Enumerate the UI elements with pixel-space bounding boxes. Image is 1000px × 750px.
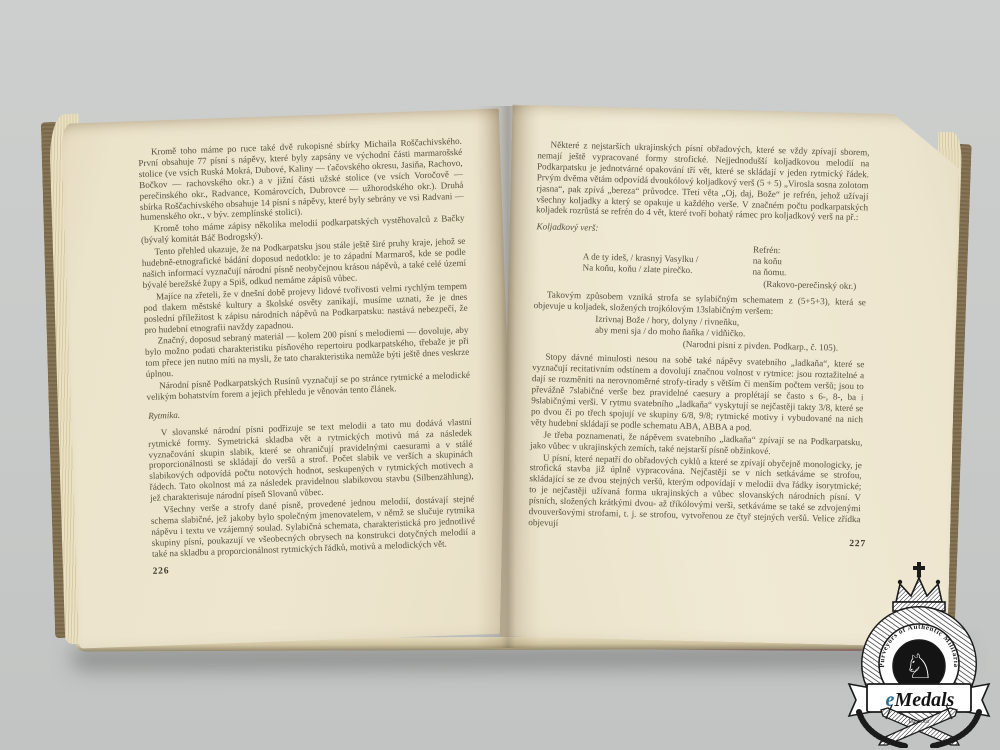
- paragraph: Některé z nejstarších ukrajinských písní…: [536, 139, 870, 223]
- right-page-text: Některé z nejstarších ukrajinských písní…: [528, 139, 870, 550]
- crown-icon: [893, 574, 945, 611]
- open-book: Kromě toho máme po ruce také dvě rukopis…: [48, 88, 963, 668]
- cross-icon: [913, 562, 925, 575]
- paragraph: Stopy dávné minulosti nesou na sobě také…: [531, 352, 865, 436]
- brand-medals: Medals: [893, 689, 954, 711]
- page-number-left: 226: [152, 555, 476, 577]
- brand-wordmark: eMedals: [886, 689, 955, 711]
- established-text: Est. 2001: [909, 719, 930, 725]
- paragraph: Všechny verše a strofy dané písně, prove…: [150, 494, 476, 560]
- paragraph: U písní, které nepatří do obřadových cyk…: [528, 452, 862, 536]
- photo-background: Kromě toho máme po ruce také dvě rukopis…: [0, 0, 1000, 750]
- emedals-watermark-logo: Purveyors of Authentic Militaria ♘ eMeda…: [843, 560, 995, 748]
- book-page-left: Kromě toho máme po ruce také dvě rukopis…: [61, 109, 517, 649]
- knight-icon: ♘: [904, 647, 934, 687]
- paragraph: V slovanské národní písni podřizuje se t…: [148, 416, 474, 504]
- ribbon-banner: eMedals: [849, 684, 989, 716]
- verse-label: Koljadkový verš:: [536, 222, 867, 241]
- paragraph: Kromě toho máme po ruce také dvě rukopis…: [138, 136, 464, 224]
- left-page-text: Kromě toho máme po ruce také dvě rukopis…: [138, 136, 477, 578]
- refrain-text: na ňomu.: [752, 267, 786, 279]
- paragraph: Takovým způsobem vzniká strofa se sylabi…: [534, 289, 866, 319]
- refrain-text: na koňu: [753, 256, 782, 268]
